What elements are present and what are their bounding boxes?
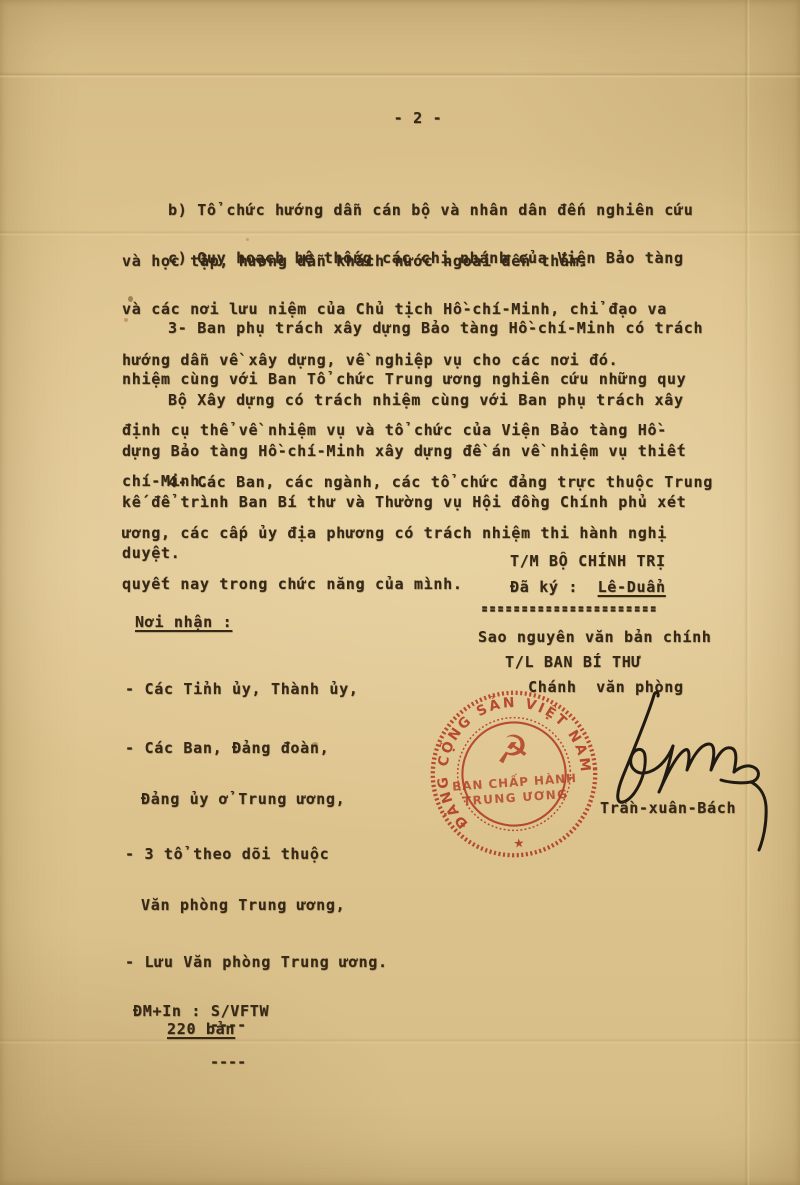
page-number: - 2 -	[0, 110, 800, 127]
handwritten-signature	[545, 682, 780, 857]
recipients-title: Nơi nhận :	[135, 614, 388, 631]
signed-line: Đã ký : Lê-Duẩn	[510, 579, 666, 596]
recipient-item-continuation: Đảng ủy ở Trung ương,	[125, 791, 388, 808]
recipient-item: - Các Tỉnh ủy, Thành ủy,	[125, 681, 388, 698]
recipient-item-continuation: Văn phòng Trung ương,	[125, 897, 388, 914]
paragraph-line: c) Quy hoạch hệ thống các chi nhánh của …	[122, 250, 722, 267]
recipient-item: - Các Ban, Đảng đoàn,	[125, 740, 388, 757]
footer-copies-count: 220 bản	[167, 1021, 235, 1038]
on-behalf-politburo: T/M BỘ CHÍNH TRỊ	[510, 553, 666, 570]
stamp-star: ★	[513, 835, 525, 851]
hammer-sickle-icon: ☭	[494, 727, 531, 773]
paper-crease	[744, 0, 750, 1185]
document-page: - 2 - b) Tổ chức hướng dẫn cán bộ và nhâ…	[0, 0, 800, 1185]
paper-crease	[0, 72, 800, 78]
by-order-secretariat: T/L BAN BÍ THƯ	[505, 654, 641, 671]
paragraph-line: 4- Các Ban, các ngành, các tổ chức đảng …	[122, 474, 722, 491]
signature-ink	[545, 682, 780, 857]
footer-print-code: ĐM+In : S/VFTW	[133, 1003, 269, 1020]
copy-note: Sao nguyên văn bản chính	[478, 629, 712, 646]
signer-typed-name: Trần-xuân-Bách	[600, 800, 736, 817]
divider-dashes: ----------------------	[480, 602, 657, 619]
signed-prefix: Đã ký :	[510, 578, 598, 596]
paragraph-line: Bộ Xây dựng có trách nhiệm cùng với Ban …	[122, 392, 722, 409]
paper-crease	[0, 1038, 800, 1044]
recipient-item: - Lưu Văn phòng Trung ương.	[125, 954, 388, 971]
paragraph-line: 3- Ban phụ trách xây dựng Bảo tàng Hồ-ch…	[122, 320, 722, 337]
signed-name: Lê-Duẩn	[598, 578, 666, 596]
recipients-list: Nơi nhận : - Các Tỉnh ủy, Thành ủy, - Cá…	[125, 580, 388, 1105]
divider-dashes: ----	[210, 1054, 388, 1071]
recipient-item: - 3 tổ theo dõi thuộc	[125, 846, 388, 863]
paragraph-line: ương, các cấp ủy địa phương có trách nhi…	[122, 525, 722, 542]
